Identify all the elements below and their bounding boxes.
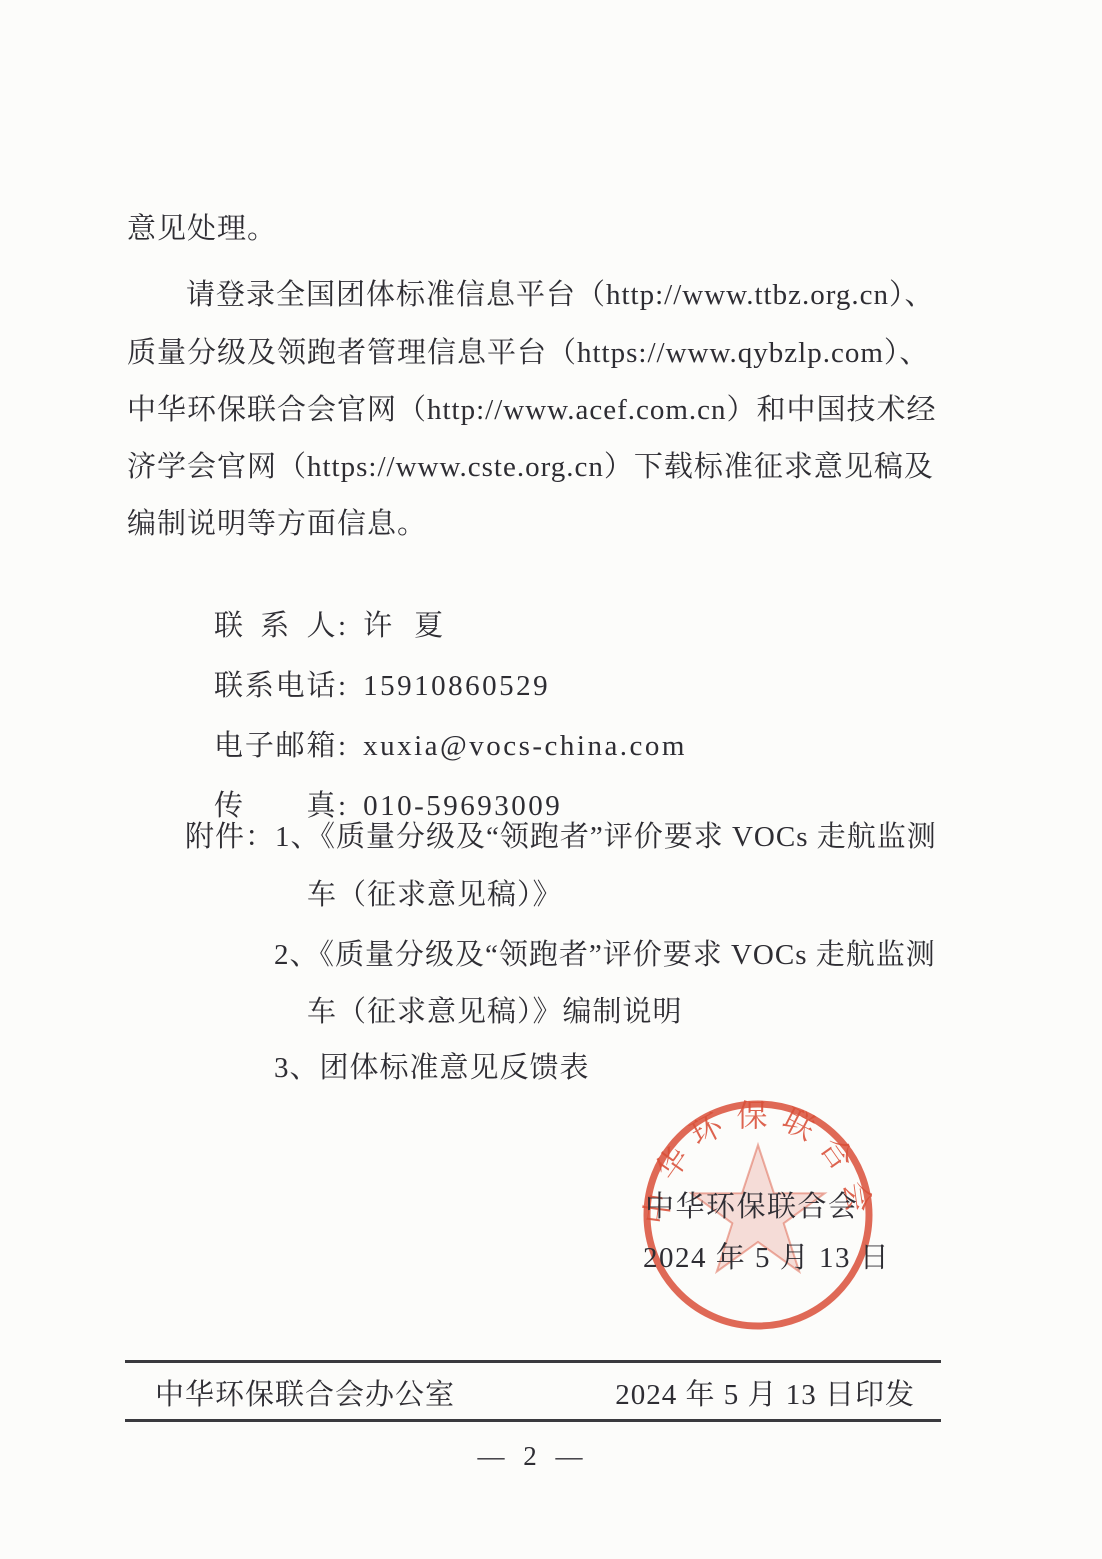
document-page: 意见处理。 请登录全国团体标准信息平台（http://www.ttbz.org.…	[0, 0, 1102, 1559]
contact-colon: :	[338, 790, 346, 822]
attachment-line: 车（征求意见稿）》编制说明	[307, 995, 683, 1029]
attachment-line: 3、团体标准意见反馈表	[274, 1051, 590, 1085]
body-line: 质量分级及领跑者管理信息平台（https://www.qybzlp.com）、	[127, 336, 929, 370]
contact-value: 010-59693009	[363, 790, 562, 822]
paragraph-end-line: 意见处理。	[127, 212, 277, 246]
attachment-line: 附件：1、《质量分级及“领跑者”评价要求 VOCs 走航监测	[185, 820, 937, 854]
body-line: 编制说明等方面信息。	[127, 507, 427, 541]
footer-print-date: 2024 年 5 月 13 日印发	[615, 1378, 915, 1412]
body-line: 中华环保联合会官网（http://www.acef.com.cn）和中国技术经	[127, 393, 937, 427]
attachment-line: 2、《质量分级及“领跑者”评价要求 VOCs 走航监测	[274, 938, 936, 972]
contact-label: 传真	[214, 789, 336, 823]
page-number: — 2 —	[125, 1441, 941, 1472]
footer-row: 中华环保联合会办公室 2024 年 5 月 13 日印发	[125, 1378, 941, 1412]
signature-org: 中华环保联合会	[645, 1190, 859, 1224]
body-line: 济学会官网（https://www.cste.org.cn）下载标准征求意见稿及	[127, 450, 934, 484]
footer-issuing-office: 中华环保联合会办公室	[155, 1378, 455, 1412]
signature-date: 2024 年 5 月 13 日	[643, 1241, 890, 1275]
footer-rule-bottom	[125, 1419, 941, 1422]
attachment-line: 车（征求意见稿）》	[307, 878, 563, 912]
footer-rule-top	[125, 1360, 941, 1363]
body-line: 请登录全国团体标准信息平台（http://www.ttbz.org.cn）、	[186, 278, 934, 312]
